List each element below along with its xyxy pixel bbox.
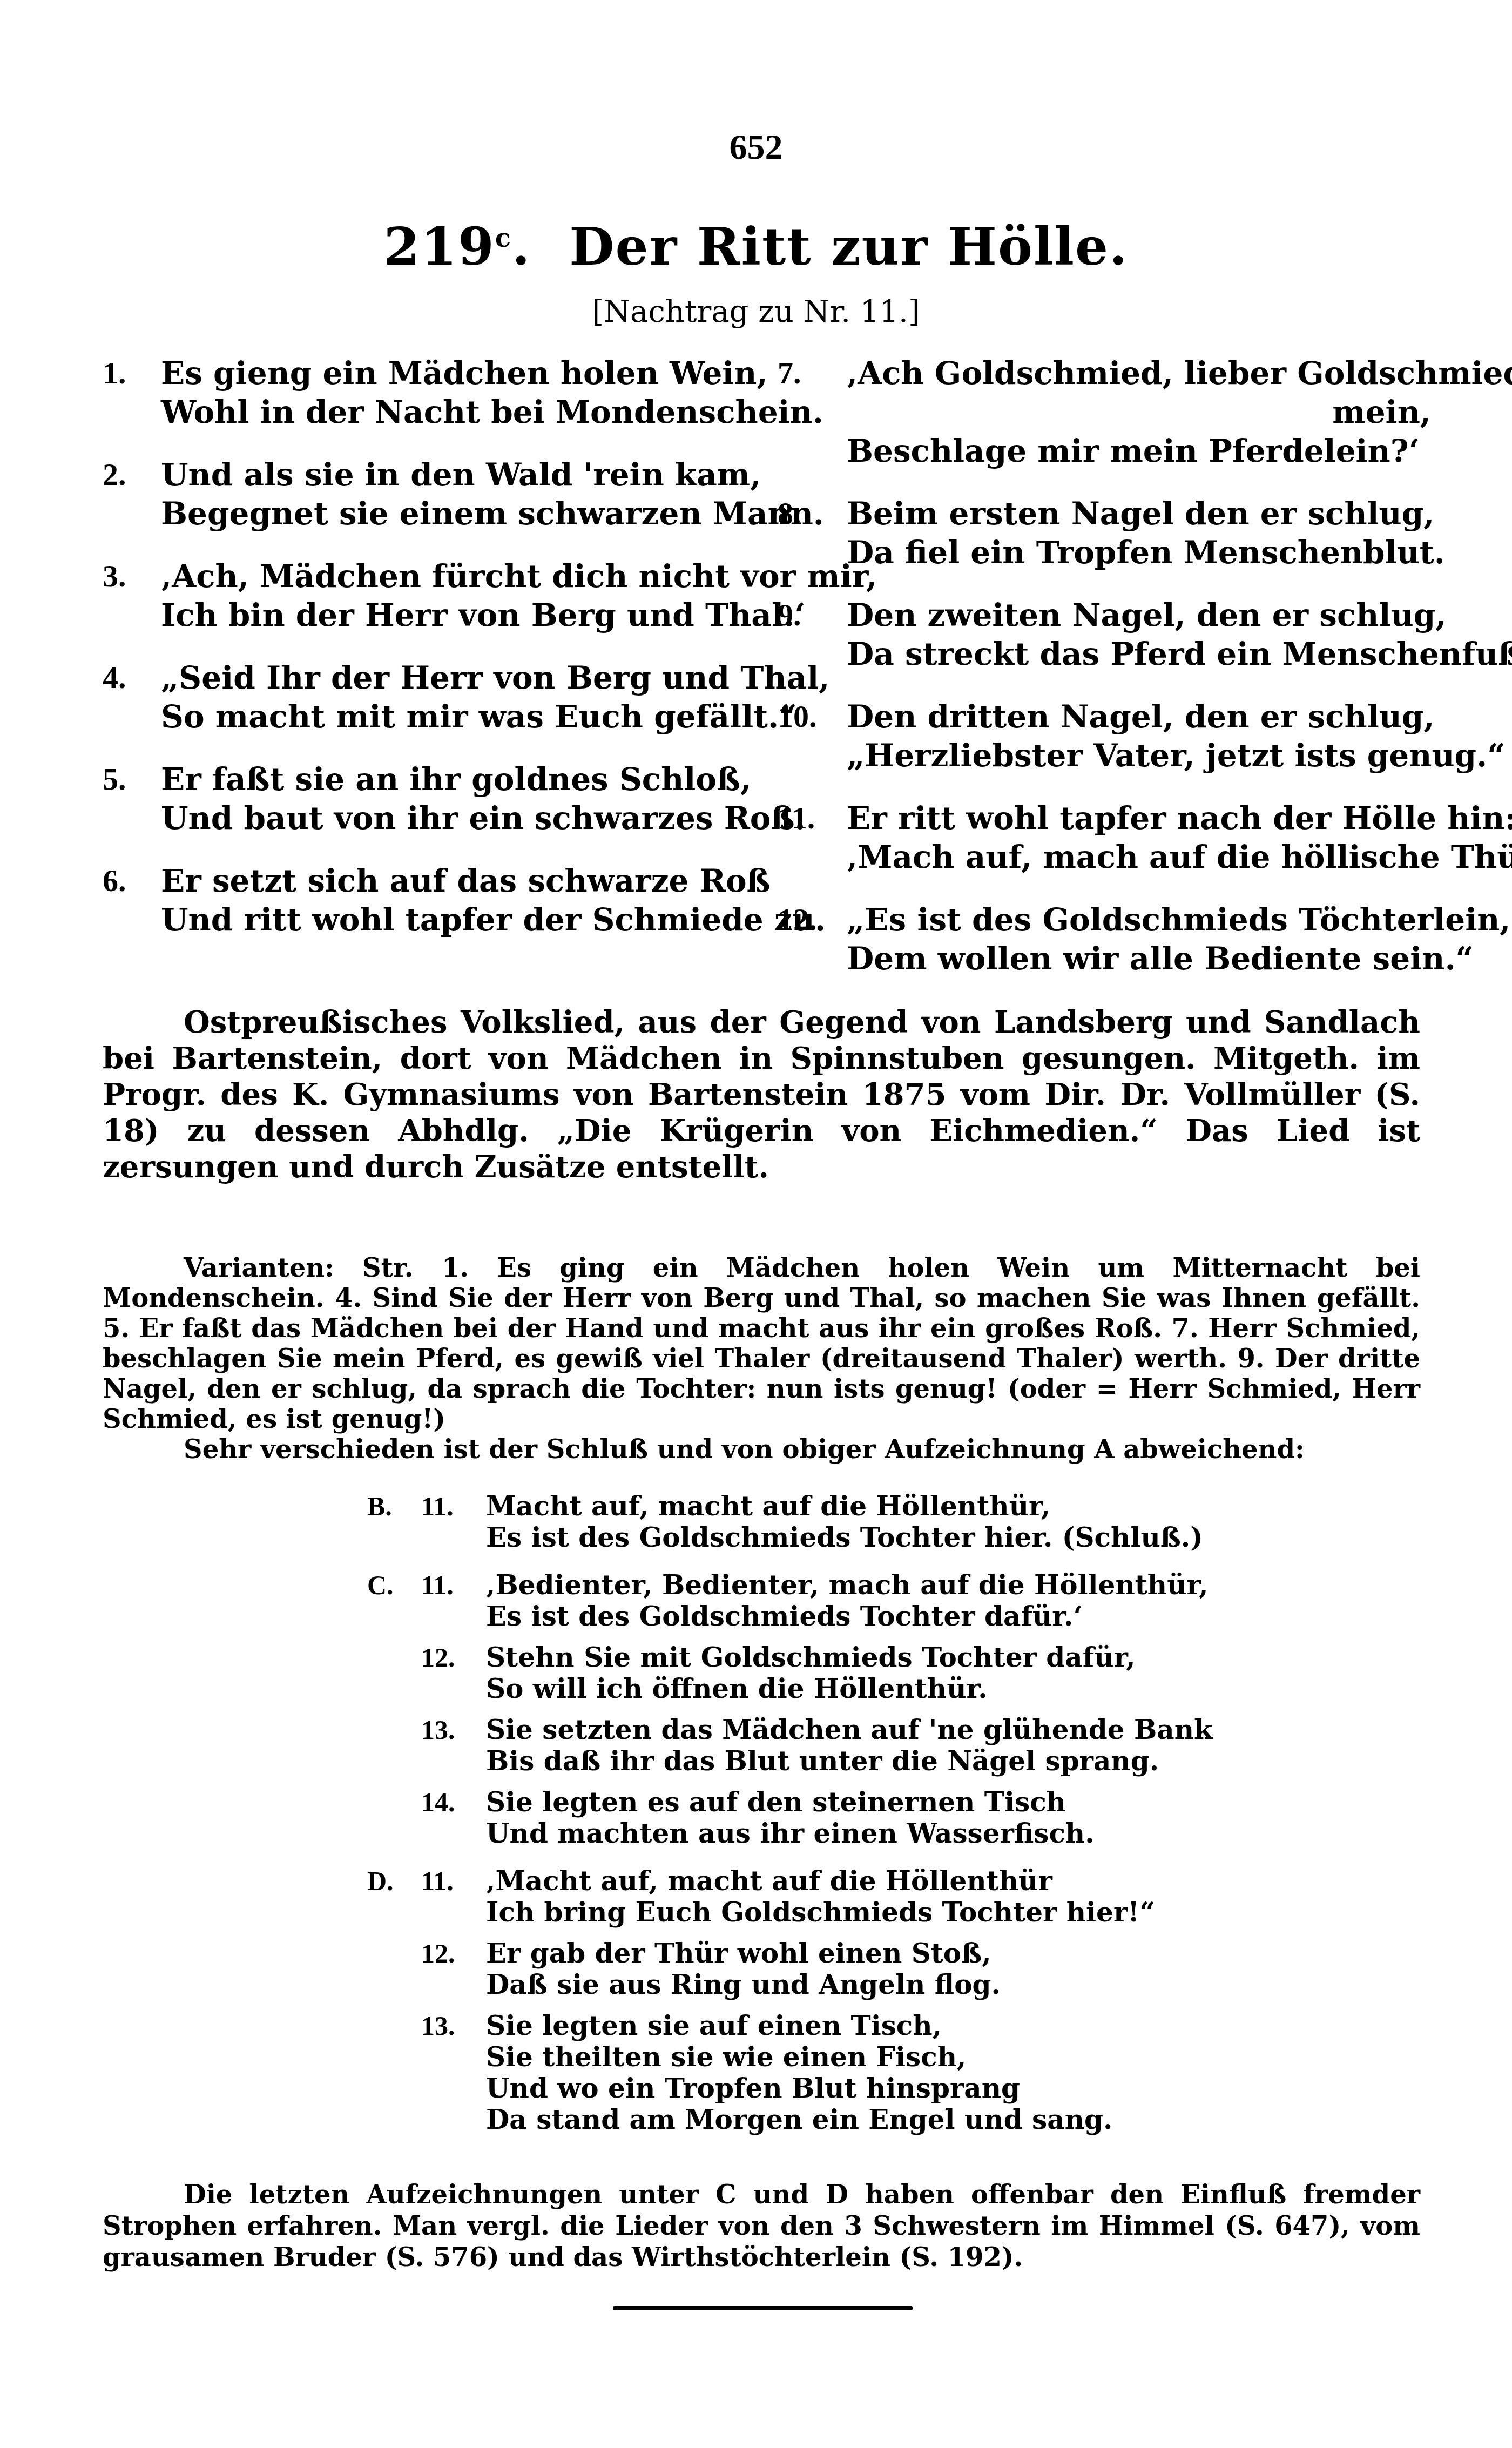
verse-line: Stehn Sie mit Goldschmieds Tochter dafür… bbox=[486, 1642, 1393, 1673]
verse-line: Es gieng ein Mädchen holen Wein, bbox=[161, 354, 756, 393]
stanza-lines: ‚Ach Goldschmied, lieber Goldschmiedmein… bbox=[778, 354, 1431, 470]
verse-line: ‚Bedienter, Bedienter, mach auf die Höll… bbox=[486, 1569, 1393, 1601]
title-dot: . bbox=[512, 216, 569, 277]
verse-line: „Herzliebster Vater, jetzt ists genug.“ bbox=[847, 736, 1431, 775]
variant-lines: Sie legten es auf den steinernen TischUn… bbox=[367, 1786, 1393, 1849]
stanza: 1.Es gieng ein Mädchen holen Wein,Wohl i… bbox=[103, 354, 756, 431]
variant-entry: 13.Sie legten sie auf einen Tisch,Sie th… bbox=[367, 2010, 1393, 2135]
stanza: 11.Er ritt wohl tapfer nach der Hölle hi… bbox=[778, 799, 1431, 876]
poem-left-column: 1.Es gieng ein Mädchen holen Wein,Wohl i… bbox=[103, 354, 756, 963]
stanza: 8.Beim ersten Nagel den er schlug,Da fie… bbox=[778, 494, 1431, 572]
variant-entry: D.11.‚Macht auf, macht auf die Höllenthü… bbox=[367, 1865, 1393, 1928]
stanza-lines: Es gieng ein Mädchen holen Wein,Wohl in … bbox=[103, 354, 756, 431]
stanza-number: 1. bbox=[103, 354, 157, 393]
verse-line: Da streckt das Pferd ein Menschenfuß. bbox=[847, 635, 1431, 673]
stanza-lines: „Es ist des Goldschmieds Töchterlein,Dem… bbox=[778, 900, 1431, 978]
variant-lines: Er gab der Thür wohl einen Stoß,Daß sie … bbox=[367, 1938, 1393, 2000]
variant-number: 13. bbox=[421, 2010, 481, 2041]
stanza-number: 2. bbox=[103, 455, 157, 494]
stanza-lines: Er faßt sie an ihr goldnes Schloß,Und ba… bbox=[103, 760, 756, 838]
poem-right-column: 7.‚Ach Goldschmied, lieber Goldschmiedme… bbox=[778, 354, 1431, 1002]
page-subtitle: [Nachtrag zu Nr. 11.] bbox=[0, 294, 1512, 329]
variant-lines: Macht auf, macht auf die Höllenthür,Es i… bbox=[367, 1491, 1393, 1553]
verse-line: Den zweiten Nagel, den er schlug, bbox=[847, 596, 1431, 635]
verse-line: Beschlage mir mein Pferdelein?‘ bbox=[847, 431, 1431, 470]
stanza: 10.Den dritten Nagel, den er schlug,„Her… bbox=[778, 697, 1431, 775]
verse-line: „Es ist des Goldschmieds Töchterlein, bbox=[847, 900, 1431, 939]
variant-number: 14. bbox=[421, 1786, 481, 1818]
verse-line: Er gab der Thür wohl einen Stoß, bbox=[486, 1938, 1393, 1969]
stanza-number: 7. bbox=[778, 354, 842, 393]
verse-line: Beim ersten Nagel den er schlug, bbox=[847, 494, 1431, 533]
variant-number: 11. bbox=[421, 1865, 481, 1897]
stanza: 6.Er setzt sich auf das schwarze RoßUnd … bbox=[103, 861, 756, 939]
variant-number: 12. bbox=[421, 1642, 481, 1673]
stanza-number: 3. bbox=[103, 557, 157, 596]
stanza-number: 12. bbox=[778, 900, 842, 939]
verse-line: Und wo ein Tropfen Blut hinsprang bbox=[486, 2073, 1393, 2104]
stanza-lines: Er setzt sich auf das schwarze RoßUnd ri… bbox=[103, 861, 756, 939]
stanza-lines: Und als sie in den Wald 'rein kam,Begegn… bbox=[103, 455, 756, 533]
stanza-number: 5. bbox=[103, 760, 157, 799]
verse-line: ‚Mach auf, mach auf die höllische Thür!‘ bbox=[847, 838, 1431, 876]
stanza-number: 4. bbox=[103, 658, 157, 697]
stanza-number: 11. bbox=[778, 799, 842, 838]
verse-line: Daß sie aus Ring und Angeln flog. bbox=[486, 1969, 1393, 2000]
stanza-lines: Den dritten Nagel, den er schlug,„Herzli… bbox=[778, 697, 1431, 775]
variant-lines: Sie legten sie auf einen Tisch,Sie theil… bbox=[367, 2010, 1393, 2135]
variant-letter: D. bbox=[367, 1865, 416, 1897]
verse-line: Und ritt wohl tapfer der Schmiede zu. bbox=[161, 900, 756, 939]
stanza-number: 8. bbox=[778, 494, 842, 533]
verse-line: ‚Macht auf, macht auf die Höllenthür bbox=[486, 1865, 1393, 1897]
verse-line: Sie setzten das Mädchen auf 'ne glühende… bbox=[486, 1714, 1393, 1745]
verse-line: Und als sie in den Wald 'rein kam, bbox=[161, 455, 756, 494]
verse-line: Da fiel ein Tropfen Menschenblut. bbox=[847, 533, 1431, 572]
variant-number: 11. bbox=[421, 1569, 481, 1601]
variant-entry: B.11.Macht auf, macht auf die Höllenthür… bbox=[367, 1491, 1393, 1553]
verse-line: „Seid Ihr der Herr von Berg und Thal, bbox=[161, 658, 756, 697]
verse-line: Bis daß ihr das Blut unter die Nägel spr… bbox=[486, 1745, 1393, 1777]
verse-line: Und baut von ihr ein schwarzes Roß. bbox=[161, 799, 756, 838]
verse-line: Begegnet sie einem schwarzen Mann. bbox=[161, 494, 756, 533]
verse-line: Macht auf, macht auf die Höllenthür, bbox=[486, 1491, 1393, 1522]
source-note: Ostpreußisches Volkslied, aus der Gegend… bbox=[103, 1004, 1420, 1185]
stanza: 12.„Es ist des Goldschmieds Töchterlein,… bbox=[778, 900, 1431, 978]
verse-line: Und machten aus ihr einen Wasserfisch. bbox=[486, 1818, 1393, 1849]
stanza: 4.„Seid Ihr der Herr von Berg und Thal,S… bbox=[103, 658, 756, 736]
verse-line: mein, bbox=[847, 393, 1431, 431]
stanza-lines: „Seid Ihr der Herr von Berg und Thal,So … bbox=[103, 658, 756, 736]
stanza-number: 9. bbox=[778, 596, 842, 635]
variant-entry: 14.Sie legten es auf den steinernen Tisc… bbox=[367, 1786, 1393, 1849]
verse-line: Er faßt sie an ihr goldnes Schloß, bbox=[161, 760, 756, 799]
variant-lines: ‚Bedienter, Bedienter, mach auf die Höll… bbox=[367, 1569, 1393, 1632]
song-number: 219 bbox=[383, 216, 495, 277]
song-number-suffix: c bbox=[495, 223, 512, 253]
variant-entry: 12.Stehn Sie mit Goldschmieds Tochter da… bbox=[367, 1642, 1393, 1704]
stanza: 5.Er faßt sie an ihr goldnes Schloß,Und … bbox=[103, 760, 756, 838]
stanza: 9.Den zweiten Nagel, den er schlug,Da st… bbox=[778, 596, 1431, 673]
variants-section: Varianten: Str. 1. Es ging ein Mädchen h… bbox=[103, 1253, 1420, 1465]
stanza-lines: ‚Ach, Mädchen fürcht dich nicht vor mir,… bbox=[103, 557, 756, 635]
variant-lines: ‚Macht auf, macht auf die HöllenthürIch … bbox=[367, 1865, 1393, 1928]
verse-line: Da stand am Morgen ein Engel und sang. bbox=[486, 2104, 1393, 2135]
variant-entry: 13.Sie setzten das Mädchen auf 'ne glühe… bbox=[367, 1714, 1393, 1777]
end-separator bbox=[613, 2306, 913, 2310]
verse-line: Er ritt wohl tapfer nach der Hölle hin: bbox=[847, 799, 1431, 838]
verse-line: Sie theilten sie wie einen Fisch, bbox=[486, 2041, 1393, 2073]
stanza-number: 6. bbox=[103, 861, 157, 900]
verse-line: Er setzt sich auf das schwarze Roß bbox=[161, 861, 756, 900]
song-title: Der Ritt zur Hölle. bbox=[569, 216, 1128, 277]
stanza: 2.Und als sie in den Wald 'rein kam,Bege… bbox=[103, 455, 756, 533]
variant-letter: C. bbox=[367, 1569, 416, 1601]
variant-entry: 12.Er gab der Thür wohl einen Stoß,Daß s… bbox=[367, 1938, 1393, 2000]
variant-letter: B. bbox=[367, 1491, 416, 1522]
verse-line: ‚Ach, Mädchen fürcht dich nicht vor mir, bbox=[161, 557, 756, 596]
stanza-number: 10. bbox=[778, 697, 842, 736]
variant-lines: Sie setzten das Mädchen auf 'ne glühende… bbox=[367, 1714, 1393, 1777]
verse-line: Ich bin der Herr von Berg und Thal.‘ bbox=[161, 596, 756, 635]
variant-number: 11. bbox=[421, 1491, 481, 1522]
variant-verses: B.11.Macht auf, macht auf die Höllenthür… bbox=[367, 1491, 1393, 2145]
verse-line: Den dritten Nagel, den er schlug, bbox=[847, 697, 1431, 736]
verse-line: Wohl in der Nacht bei Mondenschein. bbox=[161, 393, 756, 431]
variant-number: 12. bbox=[421, 1938, 481, 1969]
verse-line: Dem wollen wir alle Bediente sein.“ bbox=[847, 939, 1431, 978]
verse-line: Sie legten es auf den steinernen Tisch bbox=[486, 1786, 1393, 1818]
stanza-lines: Beim ersten Nagel den er schlug,Da fiel … bbox=[778, 494, 1431, 572]
stanza: 3.‚Ach, Mädchen fürcht dich nicht vor mi… bbox=[103, 557, 756, 635]
page-number: 652 bbox=[0, 127, 1512, 168]
stanza: 7.‚Ach Goldschmied, lieber Goldschmiedme… bbox=[778, 354, 1431, 470]
verse-line: ‚Ach Goldschmied, lieber Goldschmied bbox=[847, 354, 1431, 393]
closing-note: Die letzten Aufzeichnungen unter C und D… bbox=[103, 2179, 1420, 2273]
variant-entry: C.11.‚Bedienter, Bedienter, mach auf die… bbox=[367, 1569, 1393, 1632]
stanza-lines: Den zweiten Nagel, den er schlug,Da stre… bbox=[778, 596, 1431, 673]
verse-line: Es ist des Goldschmieds Tochter hier. (S… bbox=[486, 1522, 1393, 1553]
stanza-lines: Er ritt wohl tapfer nach der Hölle hin:‚… bbox=[778, 799, 1431, 876]
verse-line: So will ich öffnen die Höllenthür. bbox=[486, 1673, 1393, 1704]
page-title: 219c. Der Ritt zur Hölle. bbox=[0, 216, 1512, 277]
variants-intro: Varianten: Str. 1. Es ging ein Mädchen h… bbox=[103, 1253, 1420, 1434]
variant-lines: Stehn Sie mit Goldschmieds Tochter dafür… bbox=[367, 1642, 1393, 1704]
verse-line: Es ist des Goldschmieds Tochter dafür.‘ bbox=[486, 1601, 1393, 1632]
variant-number: 13. bbox=[421, 1714, 481, 1745]
verse-line: Ich bring Euch Goldschmieds Tochter hier… bbox=[486, 1897, 1393, 1928]
verse-line: Sie legten sie auf einen Tisch, bbox=[486, 2010, 1393, 2041]
variants-transition: Sehr verschieden ist der Schluß und von … bbox=[103, 1434, 1420, 1465]
verse-line: So macht mit mir was Euch gefällt.“ bbox=[161, 697, 756, 736]
